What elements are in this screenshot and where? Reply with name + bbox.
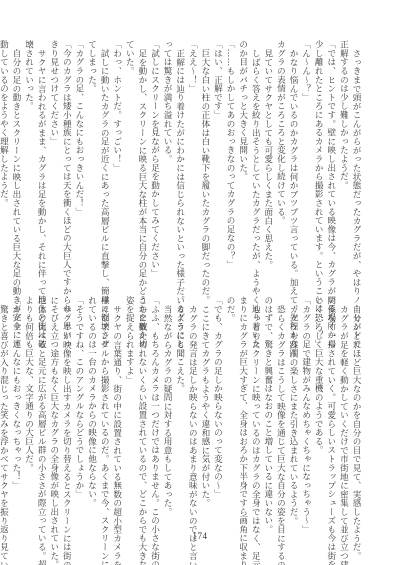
text-line: 見ていてサクヤとしても可愛らしくまた面白く思えた。	[261, 40, 274, 272]
text-line: まりにカグラが巨大すぎて、全身はおろか下半身ですら画角に収まりきらない	[236, 296, 249, 528]
text-line: 「でも、カグラの足しか映らないのって変なの～」	[211, 296, 224, 528]
text-line: 正解には辿り着けたがにわかには信じられないといった様子だ。カグラにと	[173, 40, 186, 272]
text-line: 「では、ヒントです。壁に映し出されている映像は今、カグラがいる場所から	[324, 40, 337, 272]
text-line: てしまった。	[85, 40, 98, 272]
text-line: サクヤの言葉通り、街の中に設置されている無数の超小型カメラを通じて、	[110, 296, 123, 528]
text-line: サクヤが映像を映し出すカメラを切り替えるとスクリーンには街のど真ん中	[60, 296, 73, 528]
text-line: 「カグラの足で建物がみんなめちゃくちゃになっちゃう～」	[299, 296, 312, 528]
text-line: 「はい、正解です」	[211, 40, 224, 272]
text-line: 自分がどれほど巨大なのかを自分の目で見て、実感したようだ。	[349, 296, 362, 528]
text-line: さっきまで頭がこんがらがった状態だったカグラだが、やはりノーヒントで	[349, 40, 362, 272]
text-line: 正解するのは少し難しかったようだ。	[337, 40, 350, 272]
text-line: 動しているのをようやく理解したようだ。	[0, 40, 9, 272]
text-line: 「ふふ、もちろんカメラは一つだけではありません。この小さな街の中にあち	[148, 296, 161, 528]
text-line: しばらく答えを絞り出そうとしていたカグラだったが、ようやく辿り着いた	[249, 40, 262, 272]
text-line: 「カグラの足、こんなにもおっきいんだ！」	[72, 40, 85, 272]
text-line: にそびえ立つ途方もなく巨大なカグラの全身像が映し出されていた。カグラの	[47, 296, 60, 528]
text-line: 驚きと喜びが入り混じった笑みを浮かべてサクヤを振り返り見ていた。	[0, 296, 9, 528]
text-line: 試しに動いたカグラの足が近くにあった高層ビルに直撃し、簡単に倒壊させ	[98, 40, 111, 272]
text-line: かなり悩んでいるのかカグラは何かブツブツ言っている。加えて、先程から	[286, 40, 299, 272]
text-line: 「ん～ん～？」	[299, 40, 312, 272]
text-line: カグラも蹂躙の楽しさにまた引き込まれているようだ。	[286, 296, 299, 528]
text-line: 当然ながらカグラの疑問に対する用意もしてあった。	[161, 296, 174, 528]
text-line: 「……もしかしてあのおっきなのってカグラの足なの？」	[223, 40, 236, 272]
text-line: 「今のカグラは矮小種族にとっては天を衝くほどの大巨人ですからね。思いっ	[60, 40, 73, 272]
text-line: こちに数え切れないくらい設置されているので、どこからでも大きなカグラの	[135, 296, 148, 528]
text-block-bottom: 自分がどれほど巨大なのかを自分の目で見て、実感したようだ。カグラが足を軽く動かし…	[0, 296, 362, 528]
text-line: カグラの発言は足しか映らないのはあまり意味がないのではと言いたがって	[186, 296, 199, 528]
text-line: サクヤに言われるがまま、カグラは足を動かし、それに伴って地上の街は破	[35, 40, 48, 272]
text-line: きり見せつけてください」	[47, 40, 60, 272]
text-line: よりも何倍も巨大な、文字通りの大巨人だ。	[22, 296, 35, 528]
text-line: ここにきてカグラもようやく違和感に気が付いた。	[198, 296, 211, 528]
text-line: 「試しにスクリーンを見ながら足を動かしてみてください」	[148, 40, 161, 272]
text-line: 「カグラ、こんなにもおっきくなっちゃった！」	[9, 296, 22, 528]
text-line: れているのは一台のカメラからの映像に他ならない。	[85, 296, 98, 528]
text-line: 「ええ～！」	[186, 40, 199, 272]
text-line: のか目がパチっと大きく見開いた。	[236, 40, 249, 272]
text-line: カグラの表情がころころと変化し続けている。	[274, 40, 287, 272]
text-line: 自分の足の動きとスクリーンに映し出されている巨大な足の動きが完全に連	[9, 40, 22, 272]
text-line: 姿を捉えられますよ」	[123, 296, 136, 528]
page-number: 174	[0, 531, 400, 541]
text-line: いるようにも聞こえた。	[173, 296, 186, 528]
text-line: 「そうですね、このアングルならどうでしょうか」	[72, 296, 85, 528]
text-line: 巨体と比べると足元に広がる高層ビル群の小ささが際立っている。超高層ビル	[35, 296, 48, 528]
text-line: 少し離れたところにあるカメラから撮影されています。ということは……？」	[312, 40, 325, 272]
text-line: もっともスクリーンに映っているのはカグラの全身ではなく、足元だけ。あ	[249, 296, 262, 528]
text-line: 様々なアングルから撮影されているのだ。あくまで今、スクリーンに映し出さ	[98, 296, 111, 528]
text-line: 足を動かし、スクリーンに映る巨大な柱が本当に自分の足かどうかを確かめ	[135, 40, 148, 272]
text-line: 壊されていった。	[22, 40, 35, 272]
text-line: のはずで、驚きと興奮はなおのこと増しているに違いない。	[261, 296, 274, 528]
text-line: いく恐ろしく巨大な重機のようである。	[312, 296, 325, 528]
text-line: ていた。	[123, 40, 136, 272]
text-line: 関係なく一掃されていく。可愛らしいストラップシューズも今は街を破壊して	[324, 296, 337, 528]
text-line: のだ。	[223, 296, 236, 528]
text-line: っては驚きが満ち溢れている。	[161, 40, 174, 272]
text-line: 恐らくカグラはこうして映像を通じて巨大な自分の姿を目にするのは初めて	[274, 296, 287, 528]
text-line: 巨大な白い柱の正体は白い靴下を履いたカグラの脚だったのだ。	[198, 40, 211, 272]
text-line: 「わっ、ホントだ。すっごい！」	[110, 40, 123, 272]
text-block-top: さっきまで頭がこんがらがった状態だったカグラだが、やはりノーヒントで正解するのは…	[0, 40, 362, 272]
text-line: カグラが足を軽く動かしていくだけで市街地に密集して並び立つ建物が大小	[337, 296, 350, 528]
